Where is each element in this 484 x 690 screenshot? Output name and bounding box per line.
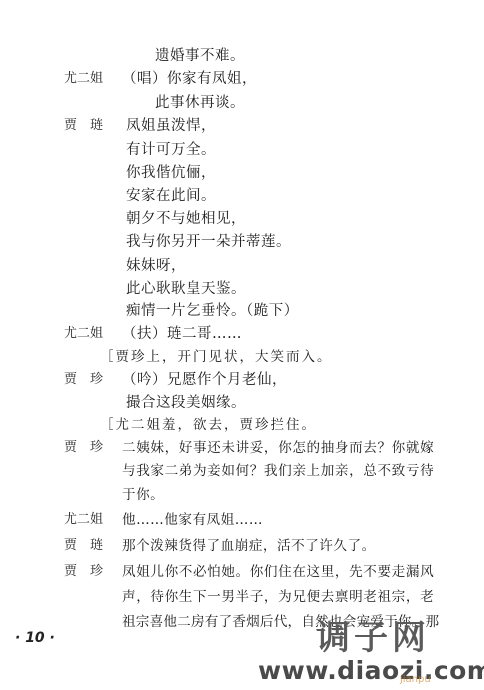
speaker-label: 尤二姐 [64,325,103,343]
script-line: 你我偕伉俪， [126,164,216,182]
script-line: 安家在此间。 [126,187,216,205]
watermark-subtext: jianpu [400,674,431,685]
speaker-label: 尤二姐 [64,511,103,529]
script-line: 凤姐虽泼悍， [126,117,216,135]
speaker-label: 贾 珍 [64,563,103,581]
script-line: 妹妹呀， [126,257,186,275]
speaker-label: 贾 琏 [64,117,103,135]
script-line: 与我家二弟为妾如何？我们亲上加亲，总不致亏待 [122,462,434,480]
script-line: 他……他家有凤姐…… [122,511,263,529]
line-text: 遗婚事不难。 [155,48,245,64]
script-line: 痴情一片乞垂怜。（跪下） [126,302,299,320]
stage-direction: ［尤二姐羞，欲去，贾珍拦住。 [100,416,317,434]
script-line: 凤姐儿你不必怕她。你们住在这里，先不要走漏风 [122,563,434,581]
script-line: 遗婚事不难。 [155,47,245,65]
script-line: 声，待你生下一男半子，为兄便去禀明老祖宗，老 [122,588,434,606]
script-line: 此心耿耿皇天鉴。 [126,280,246,298]
script-line: 我与你另开一朵并蒂莲。 [126,233,291,251]
script-line: （扶）琏二哥…… [122,325,242,343]
script-line: （唱）你家有凤姐， [122,70,257,88]
watermark-url: www.diaozi.com [258,656,484,686]
score-page: 遗婚事不难。 尤二姐 （唱）你家有凤姐， 此事休再谈。 贾 琏 凤姐虽泼悍， 有… [0,0,484,690]
script-line: （吟）兄愿作个月老仙， [122,371,287,389]
script-line: 此事休再谈。 [155,94,245,112]
stage-direction: ［贾珍上，开门见状，大笑而入。 [100,348,333,366]
script-line: 那个泼辣货得了血崩症，活不了许久了。 [122,537,376,555]
page-number: · 10 · [15,630,55,646]
script-line: 有计可万全。 [126,141,216,159]
script-line: 撮合这段美姻缘。 [126,394,246,412]
speaker-label: 贾 珍 [64,439,103,457]
speaker-label: 贾 珍 [64,371,103,389]
watermark-logo-text: 调子网 [316,618,430,658]
speaker-label: 尤二姐 [64,70,103,88]
script-line: 朝夕不与她相见， [126,210,246,228]
script-line: 于你。 [122,486,164,504]
speaker-label: 贾 琏 [64,537,103,555]
script-line: 二姨妹，好事还未讲妥，你怎的抽身而去？你就嫁 [122,439,434,457]
